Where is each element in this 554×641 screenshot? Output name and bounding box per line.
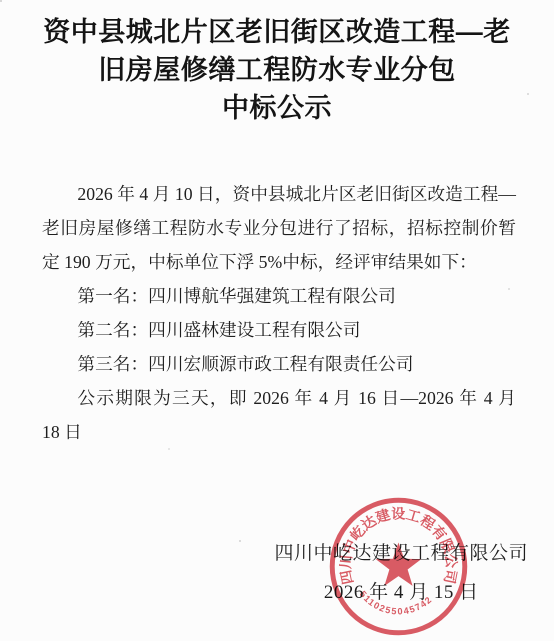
rank-company: 四川博航华强建筑工程有限公司 [148, 286, 396, 306]
intro-paragraph: 2026 年 4 月 10 日，资中县城北片区老旧街区改造工程—老旧房屋修缮工程… [42, 177, 516, 279]
document-body: 2026 年 4 月 10 日，资中县城北片区老旧街区改造工程—老旧房屋修缮工程… [0, 177, 554, 449]
rank-company: 四川盛林建设工程有限公司 [148, 320, 360, 340]
scan-noise [0, 0, 2, 2]
publicity-period-paragraph: 公示期限为三天，即 2026 年 4 月 16 日—2026 年 4 月 18 … [42, 381, 516, 449]
document-title: 资中县城北片区老旧街区改造工程—老 旧房屋修缮工程防水专业分包 中标公示 [0, 13, 554, 127]
company-seal-stamp: 四川中屹达建设工程有限公司 5110255045742 [328, 496, 469, 637]
ranking-first: 第一名：四川博航华强建筑工程有限公司 [42, 279, 516, 313]
rank-label: 第二名： [77, 320, 148, 340]
seal-serial-number: 5110255045742 [358, 589, 435, 617]
rank-label: 第一名： [77, 286, 148, 306]
rank-label: 第三名： [77, 354, 148, 374]
title-line-3: 中标公示 [38, 89, 516, 127]
seal-star-icon [376, 543, 422, 586]
ranking-second: 第二名：四川盛林建设工程有限公司 [42, 313, 516, 347]
title-line-1: 资中县城北片区老旧街区改造工程—老 [38, 13, 516, 51]
announcement-document: 资中县城北片区老旧街区改造工程—老 旧房屋修缮工程防水专业分包 中标公示 202… [0, 0, 554, 641]
title-line-2: 旧房屋修缮工程防水专业分包 [38, 51, 516, 89]
signature-block: 四川中屹达建设工程有限公司 2026 年 4 月 15 日 [0, 534, 554, 612]
rank-company: 四川宏顺源市政工程有限责任公司 [148, 354, 413, 374]
ranking-third: 第三名：四川宏顺源市政工程有限责任公司 [42, 347, 516, 381]
